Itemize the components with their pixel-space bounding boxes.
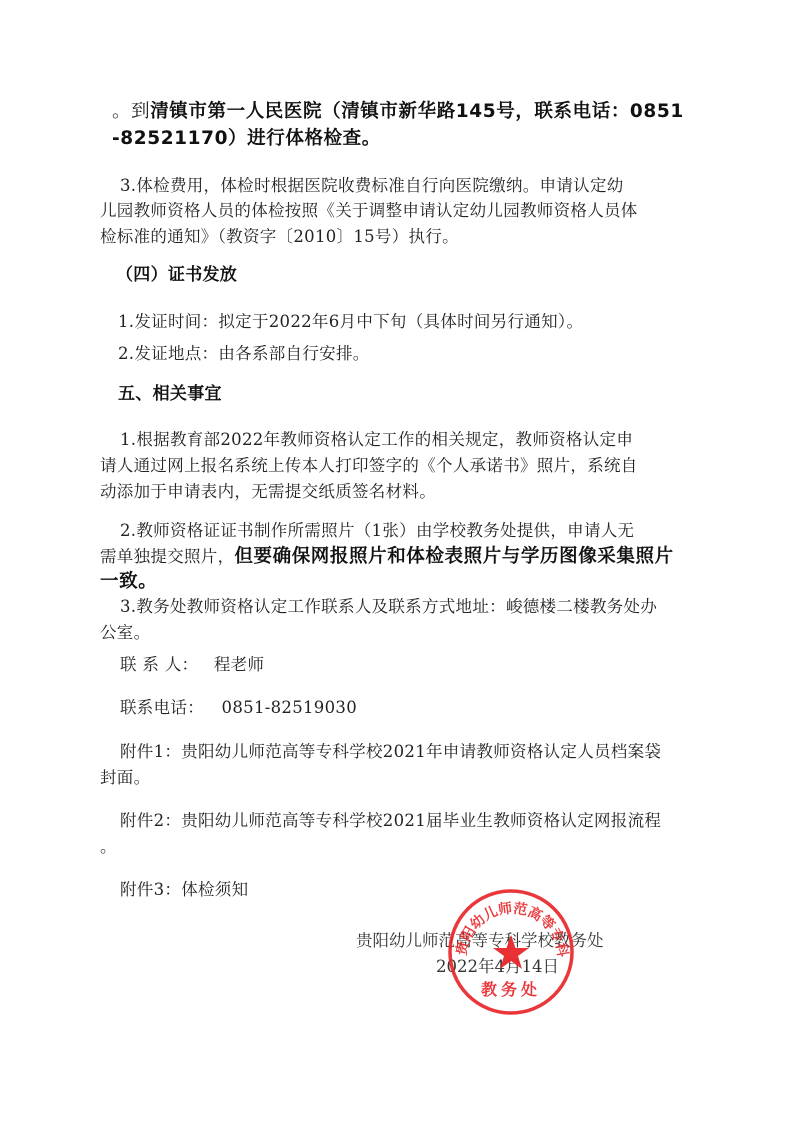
section4-item1: 1.发证时间：拟定于2022年6月中下旬（具体时间另行通知）。: [118, 311, 583, 333]
section5-item1-line3: 动添加于申请表内，无需提交纸质签名材料。: [100, 481, 436, 503]
photo-note-normal: 需单独提交照片，: [100, 547, 234, 566]
item3-line3: 检标准的通知》（教资字〔2010〕15号）执行。: [100, 226, 459, 248]
contact-person-row: 联 系 人： 程老师: [120, 654, 264, 676]
section5-item3-line2: 公室。: [100, 622, 150, 644]
official-seal-stamp-icon: 贵阳幼儿师范高等专科学校 教务处: [446, 887, 576, 1017]
attachment3[interactable]: 附件3：体检须知: [120, 879, 248, 901]
item3-line1: 3.体检费用，体检时根据医院收费标准自行向医院缴纳。申请认定幼: [120, 175, 624, 197]
section5-heading: 五、相关事宜: [118, 383, 222, 405]
section4-item2: 2.发证地点：由各系部自行安排。: [118, 343, 370, 365]
contact-phone-value: 0851-82519030: [222, 698, 357, 717]
section4-heading: （四）证书发放: [116, 264, 237, 286]
item3-line2: 儿园教师资格人员的体检按照《关于调整申请认定幼儿园教师资格人员体: [100, 200, 638, 222]
section5-item2-line1: 2.教师资格证证书制作所需照片（1张）由学校教务处提供，申请人无: [120, 520, 634, 542]
item2-continuation-line2: -82521170）进行体格检查。: [112, 128, 381, 150]
contact-person-label: 联 系 人：: [120, 655, 198, 674]
attachment1-line1[interactable]: 附件1：贵阳幼儿师范高等专科学校2021年申请教师资格认定人员档案袋: [120, 741, 661, 763]
photo-note-bold: 但要确保网报照片和体检表照片与学历图像采集照片: [234, 546, 673, 567]
attachment2-line2: 。: [100, 836, 117, 858]
item2-prefix: 。到: [112, 101, 150, 122]
section5-item2-line3: 一致。: [100, 571, 157, 593]
item2-continuation-line1: 。到清镇市第一人民医院（清镇市新华路145号，联系电话：0851: [112, 101, 684, 123]
section5-item2-line2: 需单独提交照片，但要确保网报照片和体检表照片与学历图像采集照片: [100, 546, 674, 568]
section5-item1-line2: 请人通过网上报名系统上传本人打印签字的《个人承诺书》照片，系统自: [100, 455, 638, 477]
contact-phone-label: 联系电话：: [120, 698, 204, 717]
contact-person-value: 程老师: [214, 655, 264, 674]
section5-item3-line1: 3.教务处教师资格认定工作联系人及联系方式地址：峻德楼二楼教务处办: [120, 596, 657, 618]
document-page: 。到清镇市第一人民医院（清镇市新华路145号，联系电话：0851 -825211…: [0, 0, 793, 1122]
attachment1-line2: 封面。: [100, 767, 150, 789]
svg-text:教务处: 教务处: [481, 980, 541, 999]
hospital-info-bold: 清镇市第一人民医院（清镇市新华路145号，联系电话：0851: [150, 101, 684, 122]
section5-item1-line1: 1.根据教育部2022年教师资格认定工作的相关规定，教师资格认定申: [120, 429, 633, 451]
attachment2-line1[interactable]: 附件2：贵阳幼儿师范高等专科学校2021届毕业生教师资格认定网报流程: [120, 810, 661, 832]
contact-phone-row: 联系电话： 0851-82519030: [120, 697, 357, 719]
